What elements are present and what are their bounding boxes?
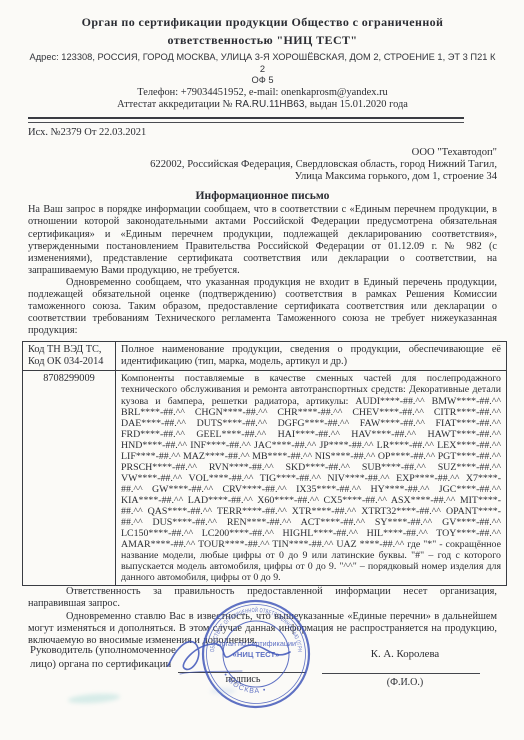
signer-name: К. А. Королева — [330, 648, 480, 660]
table-header-description: Полное наименование продукции, сведения … — [116, 342, 507, 371]
table-row: 8708299009 Компоненты поставляемые в кач… — [23, 371, 507, 586]
recipient-address-line1: 622002, Российская Федерация, Свердловск… — [28, 159, 497, 171]
attestation-number: RA.RU.11НВ63, — [235, 99, 307, 110]
paragraph-customs-union: Одновременно сообщаем, что указанная про… — [28, 277, 497, 337]
table-header-row: Код ТН ВЭД ТС, Код ОК 034-2014 Полное на… — [23, 342, 507, 371]
table-cell-code: 8708299009 — [23, 371, 116, 586]
product-table: Код ТН ВЭД ТС, Код ОК 034-2014 Полное на… — [22, 341, 507, 586]
attestation-suffix: выдан 15.01.2020 года — [310, 99, 408, 110]
header-divider — [28, 117, 464, 123]
recipient-block: ООО "Техавтодоп" 622002, Российская Феде… — [28, 147, 497, 184]
org-address-line1: Адрес: 123308, РОССИЯ, ГОРОД МОСКВА, УЛИ… — [28, 52, 497, 75]
org-phone-line: Телефон: +79034451952, e-mail: onenkapro… — [28, 87, 497, 100]
paragraph-certification: На Ваш запрос в порядке информации сообщ… — [28, 204, 497, 277]
org-attestation-line: Аттестат аккредитации № RA.RU.11НВ63, вы… — [28, 99, 497, 112]
org-title-line2: ответственностью "НИЦ ТЕСТ" — [28, 31, 497, 49]
org-title-line1: Орган по сертификации продукции Общество… — [28, 13, 497, 31]
name-line — [322, 673, 480, 674]
recipient-address-line2: Улица Максима горького, дом 1, строение … — [28, 171, 497, 183]
scan-smudge-small — [210, 688, 236, 694]
recipient-name: ООО "Техавтодоп" — [28, 147, 497, 159]
table-header-code-line1: Код ТН ВЭД ТС, — [28, 344, 110, 356]
name-line-label: (Ф.И.О.) — [330, 677, 480, 688]
signature-stroke — [168, 642, 290, 670]
table-header-code: Код ТН ВЭД ТС, Код ОК 034-2014 — [23, 342, 116, 371]
handwritten-signature — [150, 622, 330, 684]
outgoing-reference: Исх. №2379 От 22.03.2021 — [28, 127, 497, 138]
document-title: Информационное письмо — [28, 189, 497, 203]
org-address: Адрес: 123308, РОССИЯ, ГОРОД МОСКВА, УЛИ… — [28, 52, 497, 87]
attestation-prefix: Аттестат аккредитации № — [117, 99, 232, 110]
table-cell-description: Компоненты поставляемые в качестве сменн… — [116, 371, 507, 586]
signature-underline — [180, 671, 242, 674]
table-header-code-line2: Код ОК 034-2014 — [28, 356, 110, 368]
org-address-line2: ОФ 5 — [28, 75, 497, 87]
